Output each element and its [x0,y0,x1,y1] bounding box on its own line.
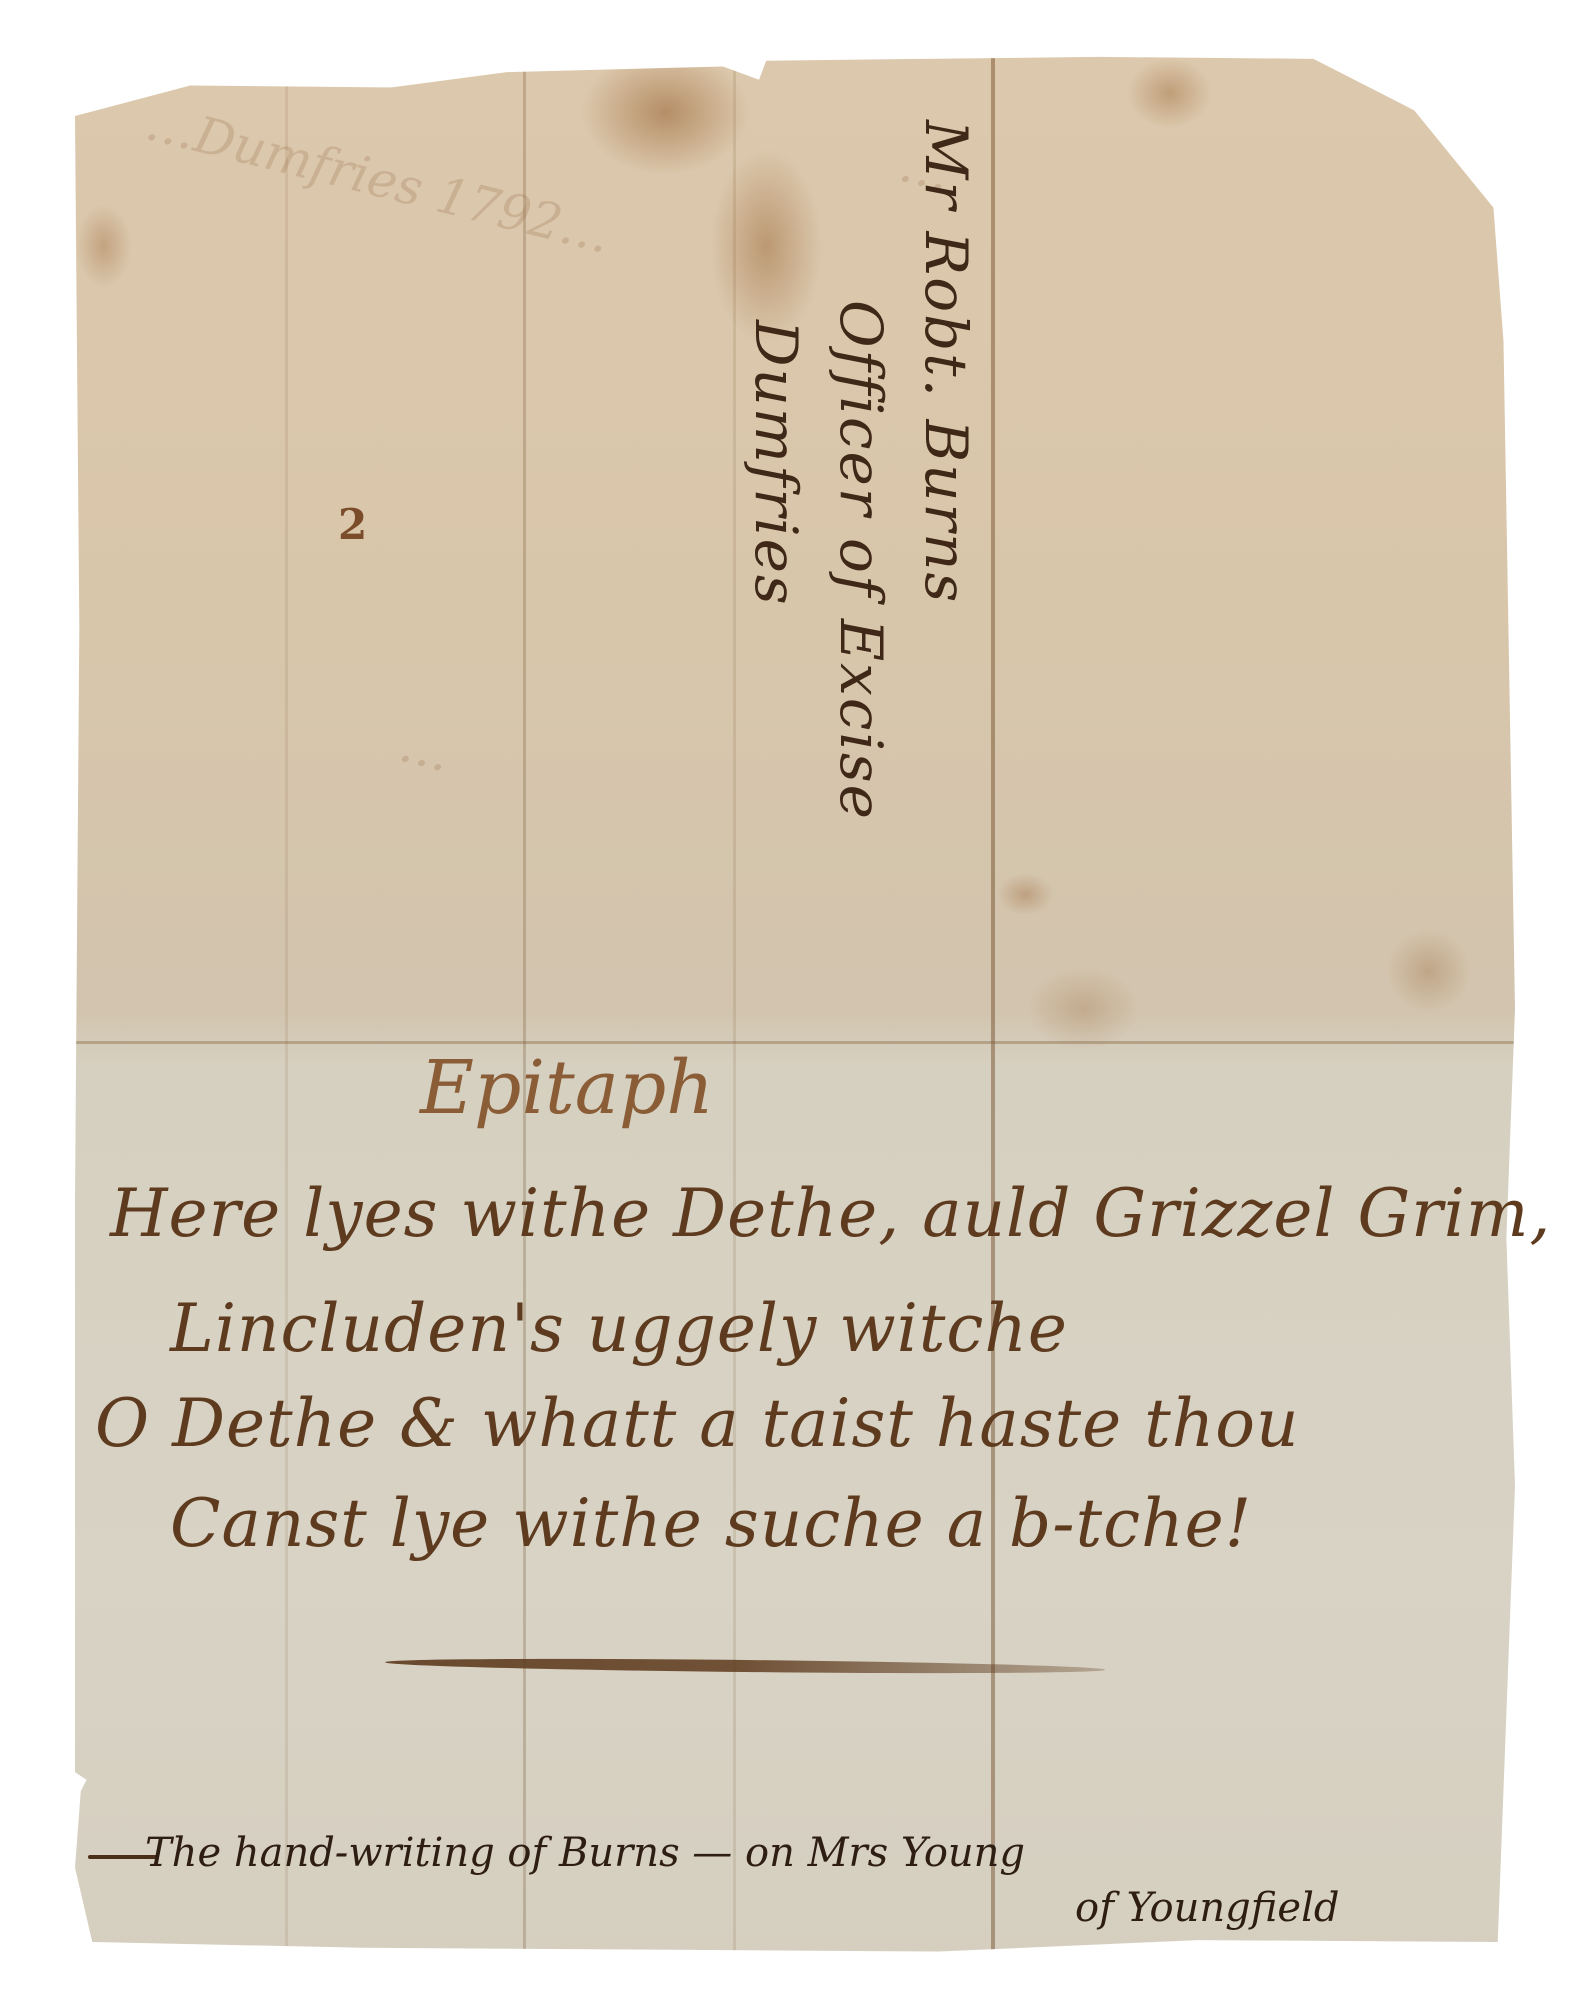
fold-line [523,55,526,1963]
address-panel: Mr Robt. Burns Officer of Excise Dumfrie… [640,110,1000,990]
epitaph-line: O Dethe & whatt a taist haste thou [95,1385,1299,1462]
fold-line [285,55,288,1963]
epitaph-line: Lincluden's uggely witche [170,1290,1068,1367]
annotation-line: The hand-writing of Burns — on Mrs Young [145,1830,1025,1876]
postal-mark: 2 [338,500,367,549]
address-line-name: Mr Robt. Burns [912,120,980,604]
epitaph-line: Canst lye withe suche a b-tche! [170,1485,1252,1562]
epitaph-line: Here lyes withe Dethe, auld Grizzel Grim… [110,1175,1551,1252]
annotation-line: of Youngfield [1075,1885,1340,1931]
address-line-place: Dumfries [742,320,810,607]
fold-line-horizontal [75,1041,1515,1044]
address-line-title: Officer of Excise [827,300,895,821]
epitaph-title: Epitaph [420,1045,714,1131]
